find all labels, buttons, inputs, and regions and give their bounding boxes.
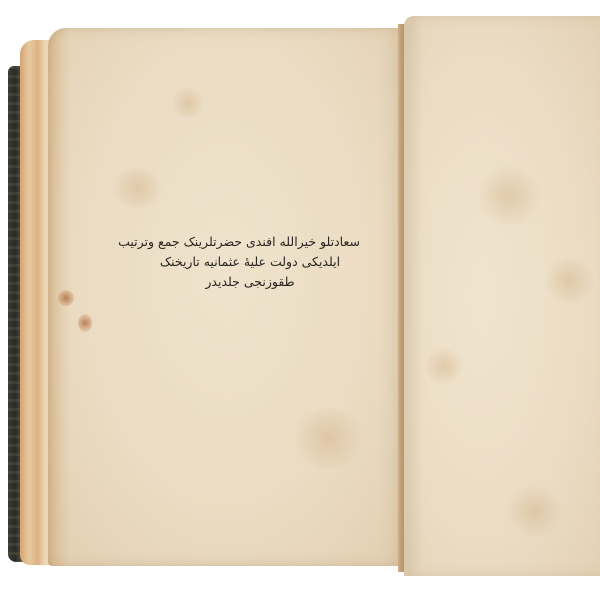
ottoman-inscription: سعادتلو خیرالله افندی حضرتلرینک جمع وترت… [140,232,360,292]
foxing-spot [168,88,208,118]
open-book: سعادتلو خیرالله افندی حضرتلرینک جمع وترت… [0,0,600,600]
foxing-spot [424,346,464,386]
left-page [48,28,404,566]
foxing-spot [474,166,544,226]
stain-spot [78,314,92,332]
foxing-spot [108,168,168,208]
inscription-line-3: طقوزنجی جلدیدر [140,272,360,292]
foxing-spot [504,486,564,536]
inscription-line-1: سعادتلو خیرالله افندی حضرتلرینک جمع وترت… [140,232,360,252]
inscription-line-2: ایلدیکی دولت علیهٔ عثمانیه تاریخنک [140,252,360,272]
foxing-spot [544,256,594,306]
foxing-spot [288,408,368,468]
right-page [404,16,600,576]
stain-spot [58,290,74,306]
